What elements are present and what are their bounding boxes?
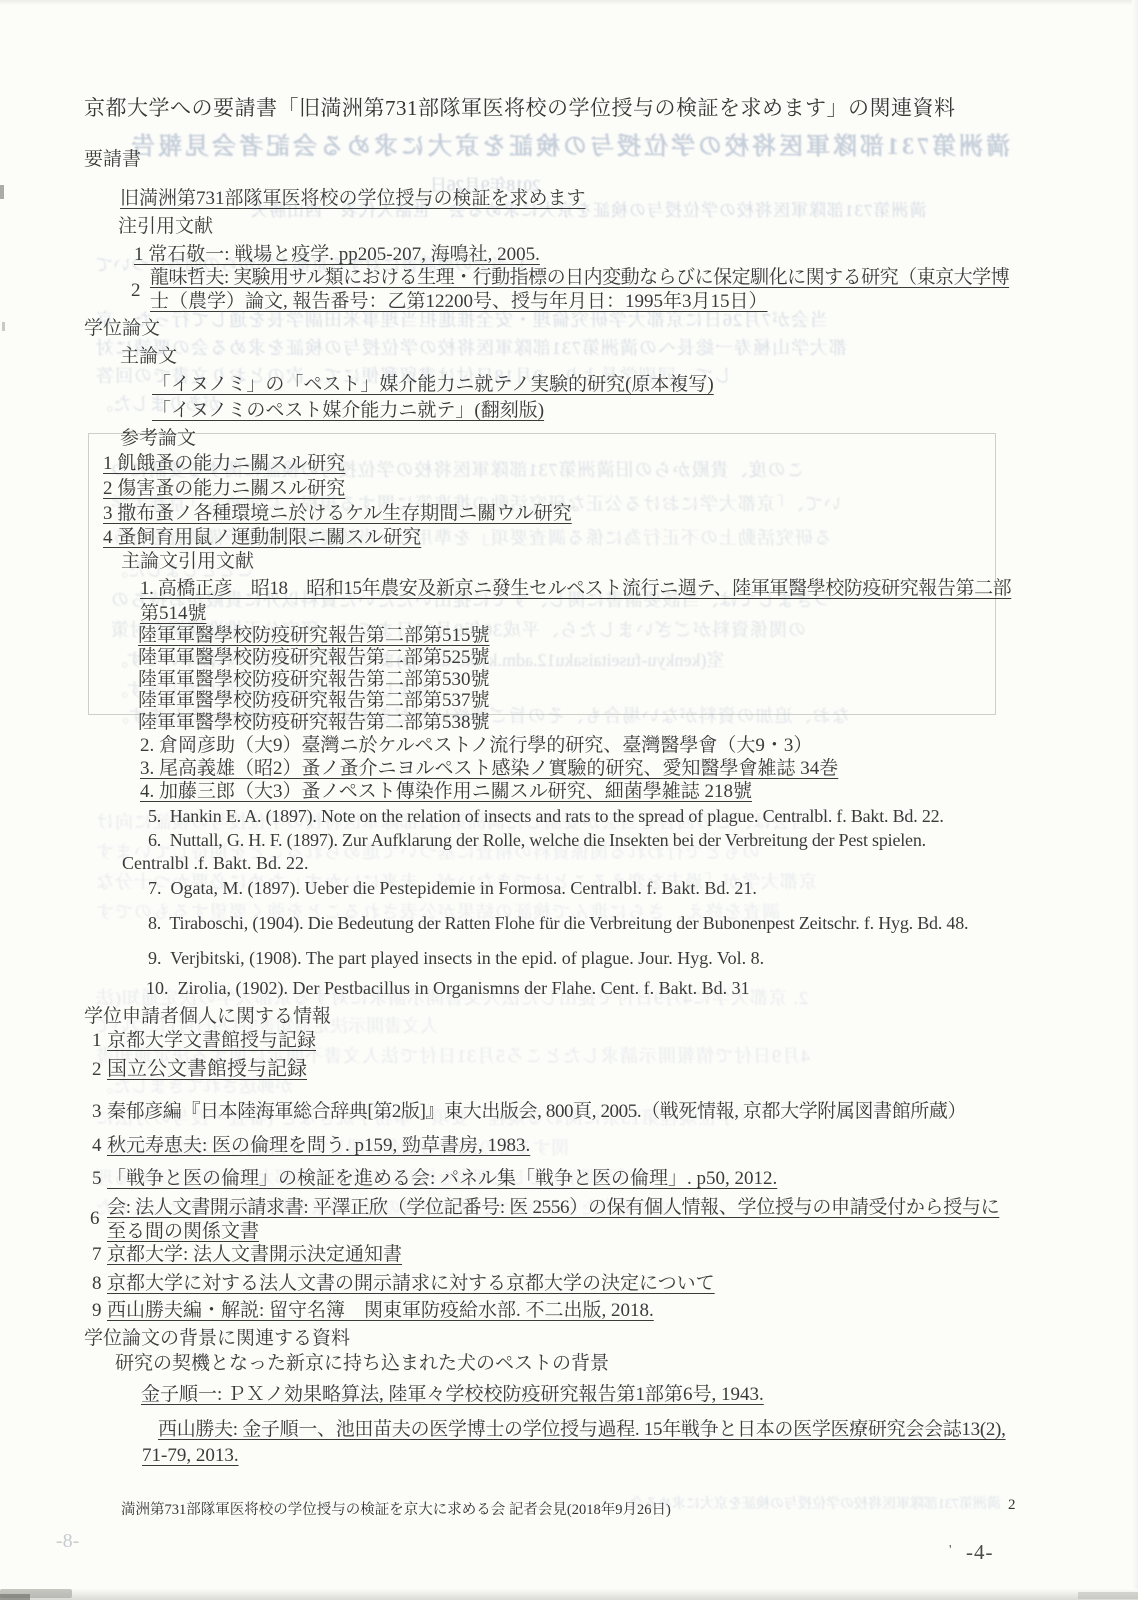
scan-tick-mark: ' <box>949 1543 952 1559</box>
cited-reference-item: 3. 尾高義雄（昭2）蚤ノ蚤介ニヨルペスト感染ノ實驗的研究、愛知醫學會雑誌 34… <box>140 757 838 780</box>
item-number: 5 <box>92 1167 102 1190</box>
section-heading-background: 学位論文の背景に関連する資料 <box>84 1327 350 1350</box>
info-item: 京都大学: 法人文書開示決定通知書 <box>107 1243 402 1266</box>
cited-reference-item: 9. Verjbitski, (1908). The part played i… <box>148 948 764 970</box>
report-series-line: 陸軍軍醫學校防疫研究報告第二部第538號 <box>138 711 490 734</box>
cited-reference-item: 6. Nuttall, G. H. F. (1897). Zur Aufklar… <box>148 830 926 852</box>
cited-reference-item: 4. 加藤三郎（大3）蚤ノペスト傳染作用ニ關スル研究、細菌學雑誌 218號 <box>140 780 752 803</box>
info-item: 京都大学文書館授与記録 <box>107 1029 316 1052</box>
item-number: 9 <box>92 1299 102 1322</box>
section-heading-applicant-info: 学位申請者個人に関する情報 <box>84 1005 331 1028</box>
reference-paper-item: 2 傷害蚤の能力ニ關スル研究 <box>103 477 345 500</box>
cited-reference-item: 5. Hankin E. A. (1897). Note on the rela… <box>148 806 944 828</box>
corner-page-number: -4- <box>966 1540 994 1565</box>
thesis-title: 「イヌノミのペスト媒介能力ニ就テ」(翻刻版) <box>152 399 544 422</box>
background-subheading: 研究の契機となった新京に持ち込まれた犬のペストの背景 <box>115 1352 609 1375</box>
info-item-continued: 至る間の関係文書 <box>107 1220 259 1243</box>
item-number: 3 <box>92 1100 102 1123</box>
cited-reference-item-continued: Centralbl .f. Bakt. Bd. 22. <box>122 853 308 875</box>
info-item: 秦郁彦編『日本陸海軍総合辞典[第2版]』東大出版会, 800頁, 2005.（戦… <box>107 1100 966 1123</box>
reference-paper-item: 1 飢餓蚤の能力ニ關スル研究 <box>103 452 345 475</box>
document-content: 京都大学への要請書「旧満洲第731部隊軍医将校の学位授与の検証を求めます」の関連… <box>0 0 1138 1600</box>
cited-reference-item-continued: 第514號 <box>140 602 207 625</box>
footer-text: 満洲第731部隊軍医将校の学位授与の検証を京大に求める会 記者会見(2018年9… <box>121 1498 671 1519</box>
background-reference-continued: 71-79, 2013. <box>142 1444 239 1467</box>
subsection-heading-main-thesis: 主論文 <box>120 345 177 368</box>
thesis-title: 「イヌノミ」の「ペスト」媒介能力ニ就テノ実験的研究(原本複写) <box>152 373 714 396</box>
request-title: 旧満洲第731部隊軍医将校の学位授与の検証を求めます <box>120 187 586 210</box>
report-series-line: 陸軍軍醫學校防疫研究報告第二部第537號 <box>138 689 490 712</box>
report-series-line: 陸軍軍醫學校防疫研究報告第二部第525號 <box>138 646 490 669</box>
subsection-heading-reference-papers: 参考論文 <box>120 427 196 450</box>
cited-reference-item: 2. 倉岡彦助（大9）臺灣ニ於ケルペストノ流行學的研究、臺灣醫學會（大9・3） <box>140 734 812 757</box>
reference-paper-item: 4 蚤飼育用鼠ノ運動制限ニ關スル研究 <box>103 526 421 549</box>
section-heading-request: 要請書 <box>84 148 141 171</box>
subsection-heading-cited-in-thesis: 主論文引用文献 <box>121 550 254 573</box>
info-item: 「戦争と医の倫理」の検証を進める会: パネル集「戦争と医の倫理」. p50, 2… <box>107 1167 777 1190</box>
item-number: 1 <box>92 1029 102 1052</box>
item-number: 8 <box>92 1272 102 1295</box>
scanned-document-page: -8- 満洲第731部隊軍医将校の学位授与の検証を京大に求める会記者会見報告20… <box>0 0 1138 1600</box>
item-number: 4 <box>92 1134 102 1157</box>
reference-item: 1 常石敬一: 戦場と疫学. pp205-207, 海鳴社, 2005. <box>134 243 540 266</box>
item-number: 2 <box>131 279 141 302</box>
info-item: 会: 法人文書開示請求書: 平澤正欣（学位記番号: 医 2556）の保有個人情報… <box>107 1196 999 1219</box>
background-reference: 金子順一: ＰＸノ効果略算法, 陸軍々学校校防疫研究報告第1部第6号, 1943… <box>141 1383 764 1406</box>
page-title: 京都大学への要請書「旧満洲第731部隊軍医将校の学位授与の検証を求めます」の関連… <box>84 92 956 122</box>
cited-reference-item: 10. Zirolia, (1902). Der Pestbacillus in… <box>146 978 750 1000</box>
info-item: 秋元寿恵夫: 医の倫理を問う. p159, 勁草書房, 1983. <box>107 1134 530 1157</box>
info-item: 西山勝夫編・解説: 留守名簿 関東軍防疫給水部. 不二出版, 2018. <box>107 1299 654 1322</box>
item-number: 6 <box>90 1207 100 1230</box>
section-heading-thesis: 学位論文 <box>84 317 160 340</box>
item-number: 7 <box>92 1243 102 1266</box>
subsection-heading-cited-refs: 注引用文献 <box>118 215 213 238</box>
cited-reference-item: 8. Tiraboschi, (1904). Die Bedeutung der… <box>148 913 968 935</box>
footer-page-number: 2 <box>1008 1497 1016 1514</box>
reference-paper-item: 3 撒布蚤ノ各種環境ニ於けるケル生存期間ニ關ウル研究 <box>103 502 572 525</box>
cited-reference-item: 7. Ogata, M. (1897). Ueber die Pestepide… <box>148 878 757 900</box>
background-reference: 西山勝夫: 金子順一、池田苗夫の医学博士の学位授与過程. 15年戦争と日本の医学… <box>158 1418 1006 1441</box>
cited-reference-item: 1. 高橋正彦 昭18 昭和15年農安及新京ニ發生セルペスト流行ニ週テ、陸軍軍醫… <box>140 577 1011 600</box>
item-number: 2 <box>92 1058 102 1081</box>
report-series-line: 陸軍軍醫學校防疫研究報告第二部第530號 <box>138 668 490 691</box>
report-series-line: 陸軍軍醫學校防疫研究報告第二部第515號 <box>138 624 490 647</box>
reference-item: 龍味哲夫: 実験用サル類における生理・行動指標の日内変動ならびに保定馴化に関する… <box>150 266 1009 289</box>
info-item: 京都大学に対する法人文書の開示請求に対する京都大学の決定について <box>107 1272 715 1295</box>
reference-item-continued: 士（農学）論文, 報告番号：乙第12200号、授与年月日：1995年3月15日） <box>150 290 768 313</box>
info-item: 国立公文書館授与記録 <box>107 1057 307 1081</box>
